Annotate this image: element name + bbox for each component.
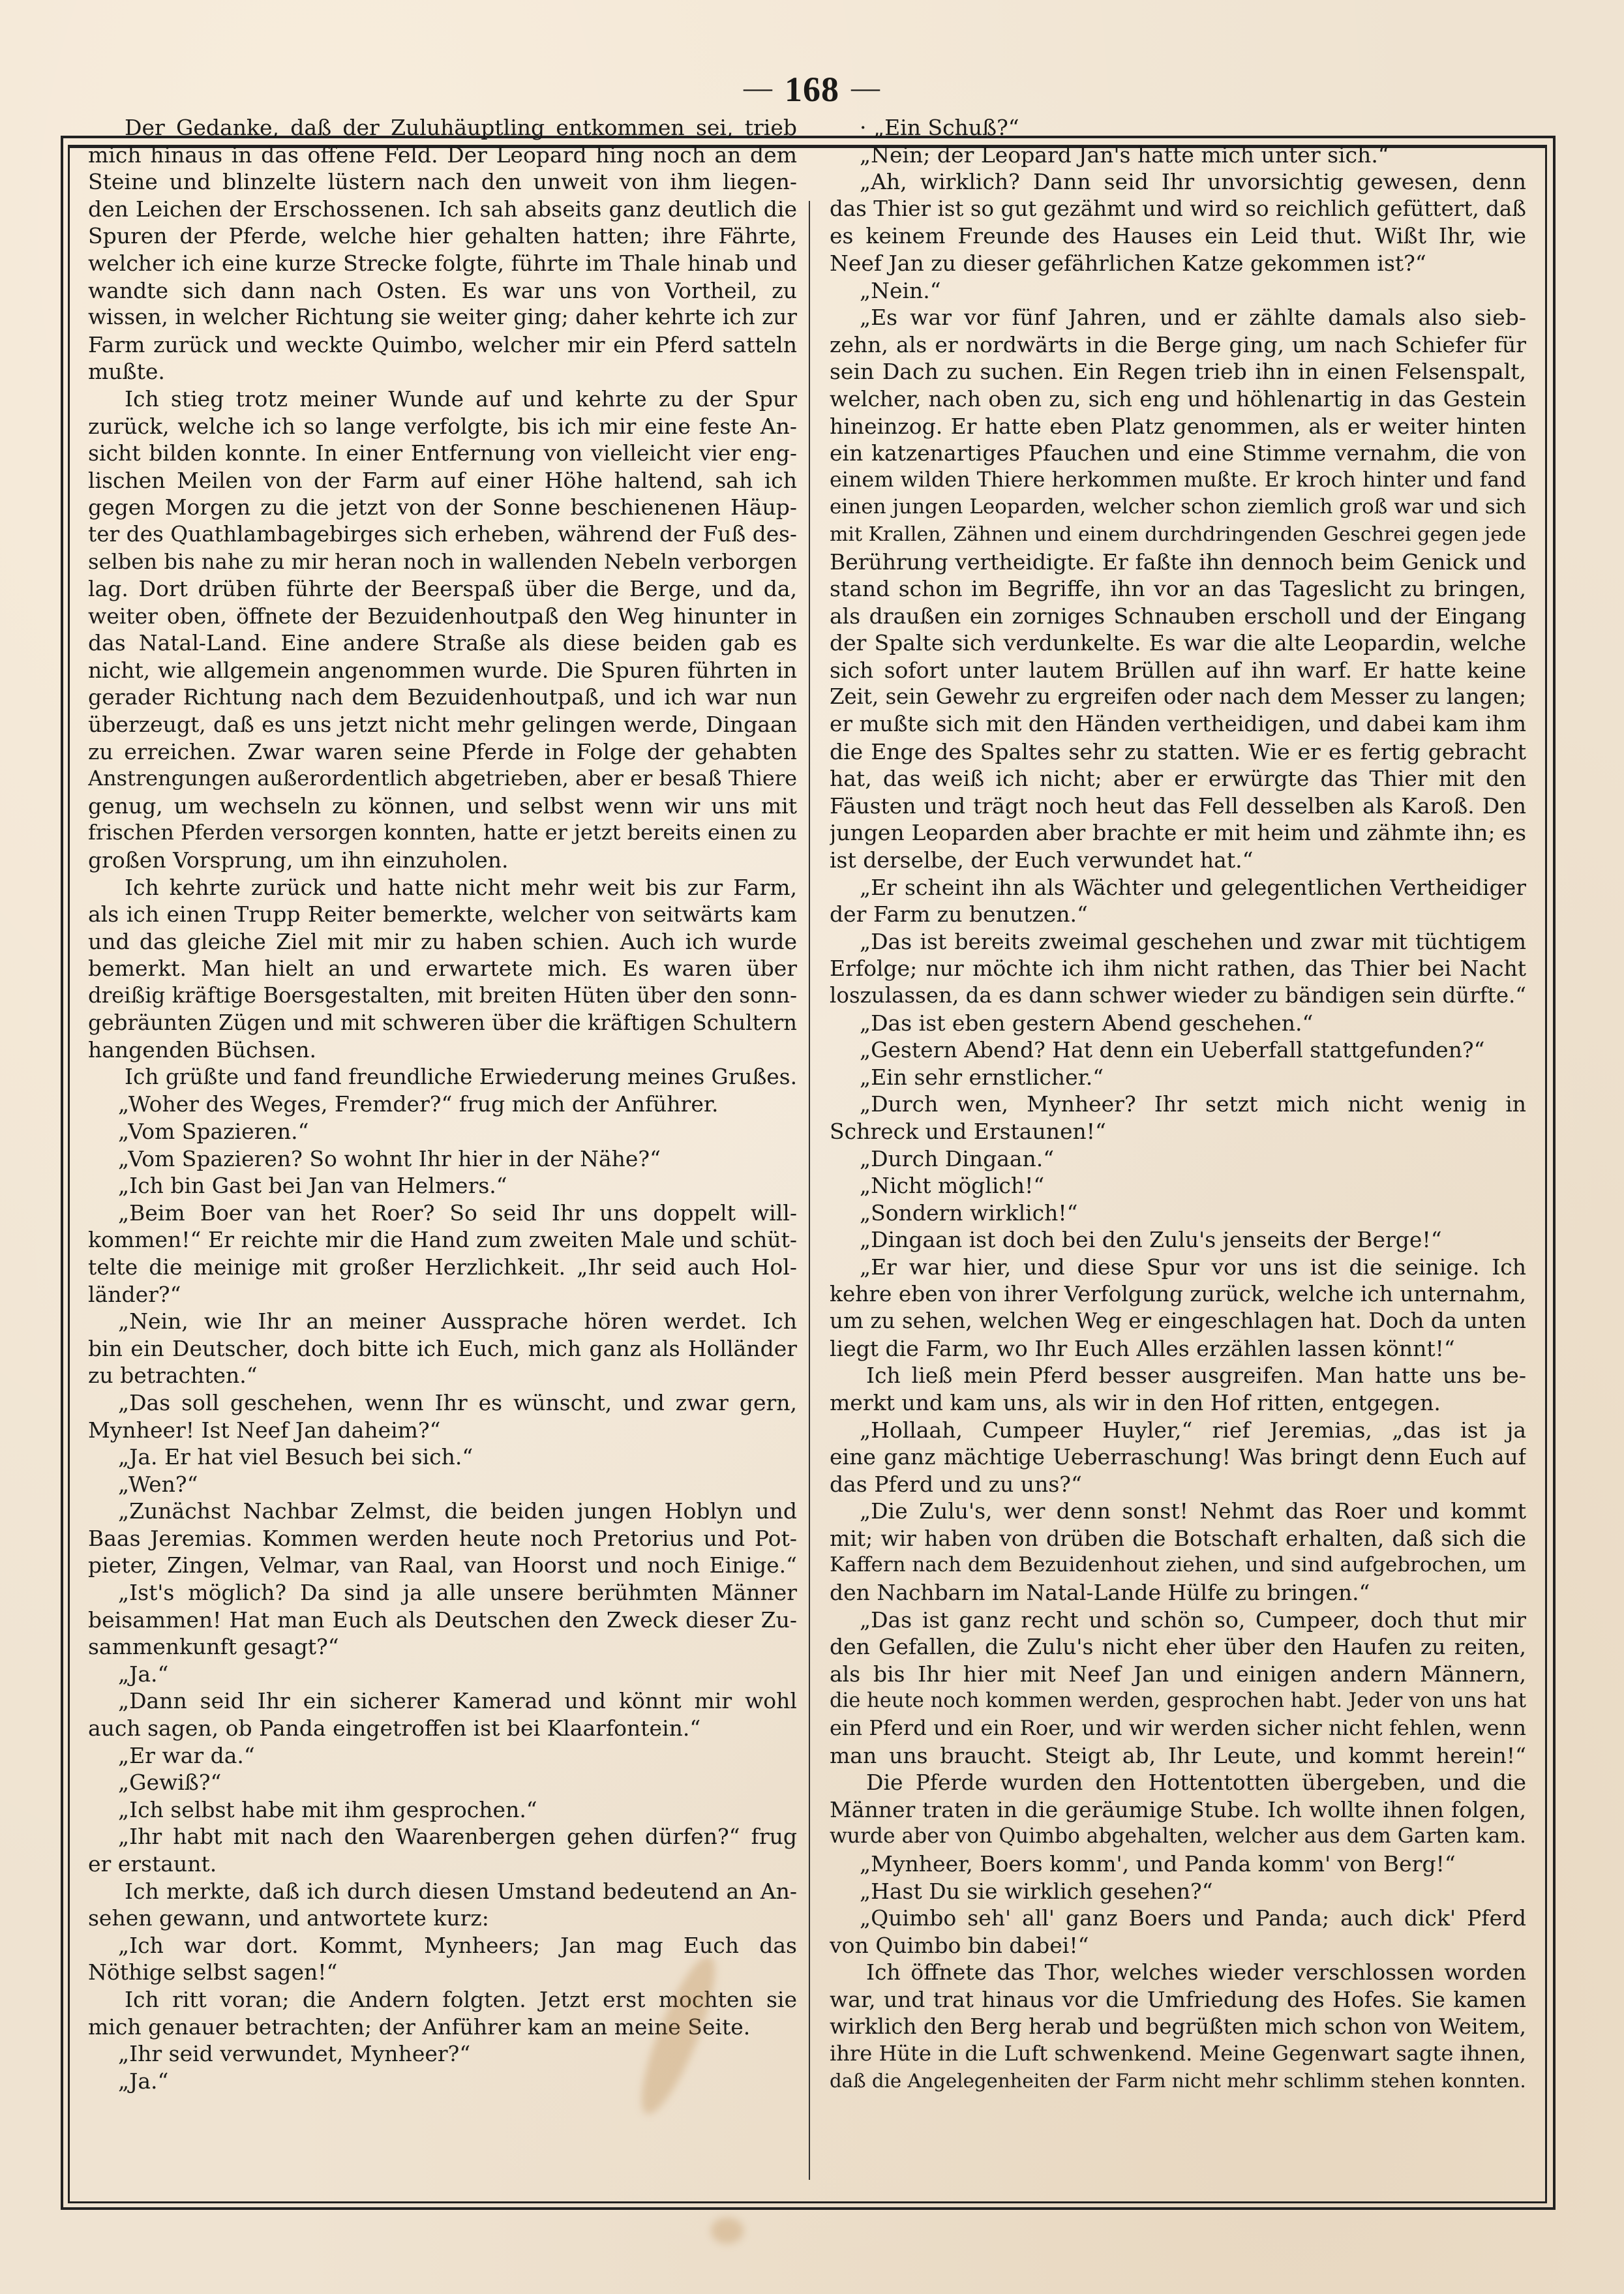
- text-line: ist derselbe, der Euch verwundet hat.“: [830, 847, 1526, 874]
- dialogue-line: „Hollaah, Cumpeer Huyler,“ rief Jeremias…: [830, 1417, 1526, 1444]
- text-line: Farm zurück und weckte Quimbo, welcher m…: [88, 331, 797, 359]
- text-line: hineinzog. Er hatte eben Platz genommen,…: [830, 413, 1526, 440]
- text-line: zu betrachten.“: [88, 1362, 797, 1389]
- text-line: der Farm zu benutzen.“: [830, 901, 1526, 928]
- dialogue-line: „Ich bin Gast bei Jan van Helmers.“: [88, 1172, 797, 1200]
- text-line: eine ganz mächtige Ueberraschung! Was br…: [830, 1443, 1526, 1471]
- text-line: und das gleiche Ziel mit mir zu haben sc…: [88, 928, 797, 956]
- text-line: jungen Leoparden aber brachte er mit hei…: [830, 819, 1526, 847]
- text-line: um zu sehen, welchen Weg er eingeschlage…: [830, 1308, 1526, 1335]
- text-line: ein katzenartiges Pfauchen und eine Stim…: [830, 440, 1526, 467]
- text-line: pieter, Zingen, Velmar, van Raal, van Ho…: [88, 1552, 797, 1579]
- text-line: Anstrengungen außerordentlich abgetriebe…: [88, 765, 797, 792]
- text-line: das Natal-Land. Eine andere Straße als d…: [88, 629, 797, 657]
- text-line: wandte sich dann nach Osten. Es war uns …: [88, 277, 797, 305]
- text-line: Fäusten und trägt noch heut das Fell des…: [830, 792, 1526, 820]
- dialogue-line: „Ja. Er hat viel Besuch bei sich.“: [88, 1443, 797, 1471]
- text-line: loszulassen, da es dann schwer wieder zu…: [830, 982, 1526, 1010]
- text-line: liegt die Farm, wo Ihr Euch Alles erzähl…: [830, 1335, 1526, 1363]
- paragraph-first-line: Ich stieg trotz meiner Wunde auf und keh…: [88, 385, 797, 413]
- text-line: es keinem Freunde des Hauses ein Leid th…: [830, 222, 1526, 250]
- text-line: sammenkunft gesagt?“: [88, 1633, 797, 1661]
- text-line: kommen!“ Er reichte mir die Hand zum zwe…: [88, 1226, 797, 1254]
- text-line: Baas Jeremias. Kommen werden heute noch …: [88, 1525, 797, 1552]
- text-line: ter des Quathlambagebirges sich erheben,…: [88, 521, 797, 549]
- text-line: das Pferd und zu uns?“: [830, 1471, 1526, 1498]
- dialogue-line: „Ich war dort. Kommt, Mynheers; Jan mag …: [88, 1932, 797, 1959]
- dialogue-line: „Dann seid Ihr ein sicherer Kamerad und …: [88, 1687, 797, 1715]
- dialogue-line: „Nein, wie Ihr an meiner Aussprache höre…: [88, 1308, 797, 1335]
- text-line: Spuren der Pferde, welche hier gehalten …: [88, 222, 797, 250]
- text-line: Mynheer! Ist Neef Jan daheim?“: [88, 1417, 797, 1444]
- text-line: sich sofort unter lautem Brüllen auf ihn…: [830, 657, 1526, 684]
- dialogue-line: „Die Zulu's, wer denn sonst! Nehmt das R…: [830, 1498, 1526, 1525]
- text-line: Erfolge; nur möchte ich ihm nicht rathen…: [830, 955, 1526, 982]
- paragraph-first-line: Ich grüßte und fand freundliche Erwieder…: [88, 1064, 797, 1091]
- text-line: Männer traten in die geräumige Stube. Ic…: [830, 1796, 1526, 1824]
- dialogue-line: „Das ist eben gestern Abend geschehen.“: [830, 1010, 1526, 1037]
- text-line: weiter oben, öffnete der Bezuidenhoutpaß…: [88, 603, 797, 630]
- text-line: welcher, nach oben zu, sich eng und höhl…: [830, 385, 1526, 413]
- dialogue-line: „Vom Spazieren.“: [88, 1118, 797, 1145]
- text-line: welcher ich eine kurze Strecke folgte, f…: [88, 250, 797, 277]
- dialogue-line: „Hast Du sie wirklich gesehen?“: [830, 1878, 1526, 1905]
- text-line: er mußte sich mit den Händen vertheidige…: [830, 711, 1526, 738]
- dialogue-line: „Sondern wirklich!“: [830, 1200, 1526, 1227]
- text-line: gebräunten Zügen und mit schweren über d…: [88, 1010, 797, 1037]
- text-line: zurück, welche ich so lange verfolgte, b…: [88, 413, 797, 440]
- text-line: das Thier ist so gut gezähmt und wird so…: [830, 196, 1526, 223]
- text-line: Zeit, sein Gewehr zu ergreifen oder nach…: [830, 684, 1526, 711]
- text-line: Schreck und Erstaunen!“: [830, 1118, 1526, 1145]
- text-line: merkt und kam uns, als wir in den Hof ri…: [830, 1389, 1526, 1417]
- text-line: gerader Richtung nach dem Bezuidenhoutpa…: [88, 684, 797, 711]
- text-line: auch sagen, ob Panda eingetroffen ist be…: [88, 1715, 797, 1742]
- text-line: hat, das weiß ich nicht; aber er erwürgt…: [830, 765, 1526, 792]
- text-line: selben bis nahe zu mir heran noch in wal…: [88, 549, 797, 576]
- text-line: war, und trat hinaus vor die Umfriedung …: [830, 1986, 1526, 2014]
- dialogue-line: „Nicht möglich!“: [830, 1172, 1526, 1200]
- page-number: 168: [785, 70, 839, 109]
- dialogue-line: „Durch Dingaan.“: [830, 1145, 1526, 1173]
- text-line: die Enge des Spaltes sehr zu statten. Wi…: [830, 738, 1526, 766]
- text-line: den Leichen der Erschossenen. Ich sah ab…: [88, 196, 797, 223]
- dialogue-line: „Das soll geschehen, wenn Ihr es wünscht…: [88, 1389, 797, 1417]
- dialogue-line: „Er war hier, und diese Spur vor uns ist…: [830, 1254, 1526, 1281]
- dialogue-line: „Er war da.“: [88, 1742, 797, 1770]
- text-line: Kaffern nach dem Bezuidenhout ziehen, un…: [830, 1552, 1526, 1579]
- text-line: er erstaunt.: [88, 1850, 797, 1878]
- text-line: den Nachbarn im Natal-Lande Hülfe zu bri…: [830, 1579, 1526, 1607]
- text-line: mit Krallen, Zähnen und einem durchdring…: [830, 521, 1526, 549]
- text-line: als ich einen Trupp Reiter bemerkte, wel…: [88, 901, 797, 928]
- text-line: Berührung vertheidigte. Er faßte ihn den…: [830, 549, 1526, 576]
- column-divider: [809, 201, 810, 2180]
- text-line: überzeugt, daß es uns jetzt nicht mehr g…: [88, 711, 797, 738]
- dialogue-line: „Woher des Weges, Fremder?“ frug mich de…: [88, 1091, 797, 1118]
- paper-stain: [711, 2218, 744, 2244]
- text-line: gegen Morgen zu die jetzt von der Sonne …: [88, 494, 797, 521]
- right-column: · „Ein Schuß?“„Nein; der Leopard Jan's h…: [830, 114, 1526, 2094]
- paragraph-first-line: Die Pferde wurden den Hottentotten überg…: [830, 1769, 1526, 1796]
- dialogue-line: „Er scheint ihn als Wächter und gelegent…: [830, 874, 1526, 901]
- text-line: Steine und blinzelte lüstern nach den un…: [88, 168, 797, 196]
- dialogue-line: „Vom Spazieren? So wohnt Ihr hier in der…: [88, 1145, 797, 1173]
- dialogue-line: „Ich selbst habe mit ihm gesprochen.“: [88, 1796, 797, 1824]
- text-line: wirklich den Berg herab und begrüßten mi…: [830, 2014, 1526, 2041]
- dialogue-line: „Quimbo seh' all' ganz Boers und Panda; …: [830, 1905, 1526, 1932]
- dialogue-line: „Das ist bereits zweimal geschehen und z…: [830, 928, 1526, 956]
- text-line: der Spalte sich verdunkelte. Es war die …: [830, 629, 1526, 657]
- paragraph-first-line: Ich kehrte zurück und hatte nicht mehr w…: [88, 874, 797, 901]
- text-line: als bis Ihr hier mit Neef Jan und einige…: [830, 1661, 1526, 1688]
- text-line: die heute noch kommen werden, gesprochen…: [830, 1687, 1526, 1715]
- text-line: zehn, als er nordwärts in die Berge ging…: [830, 331, 1526, 359]
- dialogue-line: · „Ein Schuß?“: [830, 114, 1526, 142]
- text-line: lag. Dort drüben führte der Beerspaß übe…: [88, 575, 797, 603]
- text-line: sicht bilden konnte. In einer Entfernung…: [88, 440, 797, 467]
- dialogue-line: „Dingaan ist doch bei den Zulu's jenseit…: [830, 1226, 1526, 1254]
- text-line: bin ein Deutscher, doch bitte ich Euch, …: [88, 1335, 797, 1363]
- left-column: Der Gedanke, daß der Zuluhäuptling entko…: [88, 114, 797, 2094]
- ornament-dash-right: —: [851, 65, 880, 111]
- text-line: telte die meinige mit großer Herzlichkei…: [88, 1254, 797, 1281]
- paragraph-first-line: Der Gedanke, daß der Zuluhäuptling entko…: [88, 114, 797, 142]
- paragraph-first-line: Ich öffnete das Thor, welches wieder ver…: [830, 1959, 1526, 1986]
- text-line: einem wilden Thiere herkommen mußte. Er …: [830, 467, 1526, 494]
- text-line: als draußen ein zorniges Schnauben ersch…: [830, 603, 1526, 630]
- text-line: ihre Hüte in die Luft schwenkend. Meine …: [830, 2040, 1526, 2068]
- dialogue-line: „Nein; der Leopard Jan's hatte mich unte…: [830, 142, 1526, 169]
- text-line: mich hinaus in das offene Feld. Der Leop…: [88, 142, 797, 169]
- text-line: dreißig kräftige Boersgestalten, mit bre…: [88, 982, 797, 1010]
- page-number-header: —168—: [0, 65, 1624, 111]
- dialogue-line: „Ist's möglich? Da sind ja alle unsere b…: [88, 1579, 797, 1607]
- text-line: Neef Jan zu dieser gefährlichen Katze ge…: [830, 250, 1526, 277]
- text-line: frischen Pferden versorgen konnten, hatt…: [88, 819, 797, 847]
- dialogue-line: „Ah, wirklich? Dann seid Ihr unvorsichti…: [830, 168, 1526, 196]
- dialogue-line: „Es war vor fünf Jahren, und er zählte d…: [830, 304, 1526, 331]
- text-line: einen jungen Leoparden, welcher schon zi…: [830, 494, 1526, 521]
- text-line: mußte.: [88, 358, 797, 385]
- dialogue-line: „Mynheer, Boers komm', und Panda komm' v…: [830, 1850, 1526, 1878]
- ornament-dash-left: —: [744, 65, 773, 111]
- dialogue-line: „Zunächst Nachbar Zelmst, die beiden jun…: [88, 1498, 797, 1525]
- text-line: zu erreichen. Zwar waren seine Pferde in…: [88, 738, 797, 766]
- dialogue-line: „Ja.“: [88, 1661, 797, 1688]
- dialogue-line: „Durch wen, Mynheer? Ihr setzt mich nich…: [830, 1091, 1526, 1118]
- text-line: beisammen! Hat man Euch als Deutschen de…: [88, 1607, 797, 1634]
- dialogue-line: „Gewiß?“: [88, 1769, 797, 1796]
- dialogue-line: „Das ist ganz recht und schön so, Cumpee…: [830, 1607, 1526, 1634]
- dialogue-line: „Wen?“: [88, 1471, 797, 1498]
- dialogue-line: „Ja.“: [88, 2068, 797, 2095]
- text-line: wurde aber von Quimbo abgehalten, welche…: [830, 1823, 1526, 1850]
- text-line: mit; wir haben von drüben die Botschaft …: [830, 1525, 1526, 1552]
- text-line: stand schon im Begriffe, ihn vor an das …: [830, 575, 1526, 603]
- text-line: man uns braucht. Steigt ab, Ihr Leute, u…: [830, 1742, 1526, 1770]
- dialogue-line: „Ihr habt mit nach den Waarenbergen gehe…: [88, 1823, 797, 1850]
- dialogue-line: „Gestern Abend? Hat denn ein Ueberfall s…: [830, 1036, 1526, 1064]
- text-line: von Quimbo bin dabei!“: [830, 1932, 1526, 1959]
- dialogue-line: „Ein sehr ernstlicher.“: [830, 1064, 1526, 1091]
- text-line: sein Dach zu suchen. Ein Regen trieb ihn…: [830, 358, 1526, 385]
- dialogue-line: „Beim Boer van het Roer? So seid Ihr uns…: [88, 1200, 797, 1227]
- text-line: großen Vorsprung, um ihn einzuholen.: [88, 847, 797, 874]
- text-line: bemerkt. Man hielt an und erwartete mich…: [88, 955, 797, 982]
- text-line: hangenden Büchsen.: [88, 1036, 797, 1064]
- paragraph-first-line: Ich ließ mein Pferd besser ausgreifen. M…: [830, 1362, 1526, 1389]
- text-line: lischen Meilen von der Farm auf einer Hö…: [88, 467, 797, 494]
- paragraph-first-line: Ich merkte, daß ich durch diesen Umstand…: [88, 1878, 797, 1905]
- text-line: nicht, wie allgemein angenommen wurde. D…: [88, 657, 797, 684]
- text-line: daß die Angelegenheiten der Farm nicht m…: [830, 2068, 1526, 2095]
- text-line: länder?“: [88, 1281, 797, 1308]
- text-line: ein Pferd und ein Roer, und wir werden s…: [830, 1715, 1526, 1742]
- text-line: genug, um wechseln zu können, und selbst…: [88, 792, 797, 820]
- dialogue-line: „Nein.“: [830, 277, 1526, 305]
- text-line: wissen, in welcher Richtung sie weiter g…: [88, 304, 797, 331]
- text-line: kehre eben von ihrer Verfolgung zurück, …: [830, 1281, 1526, 1308]
- text-line: sehen gewann, und antwortete kurz:: [88, 1905, 797, 1932]
- text-line: den Gefallen, die Zulu's nicht eher über…: [830, 1633, 1526, 1661]
